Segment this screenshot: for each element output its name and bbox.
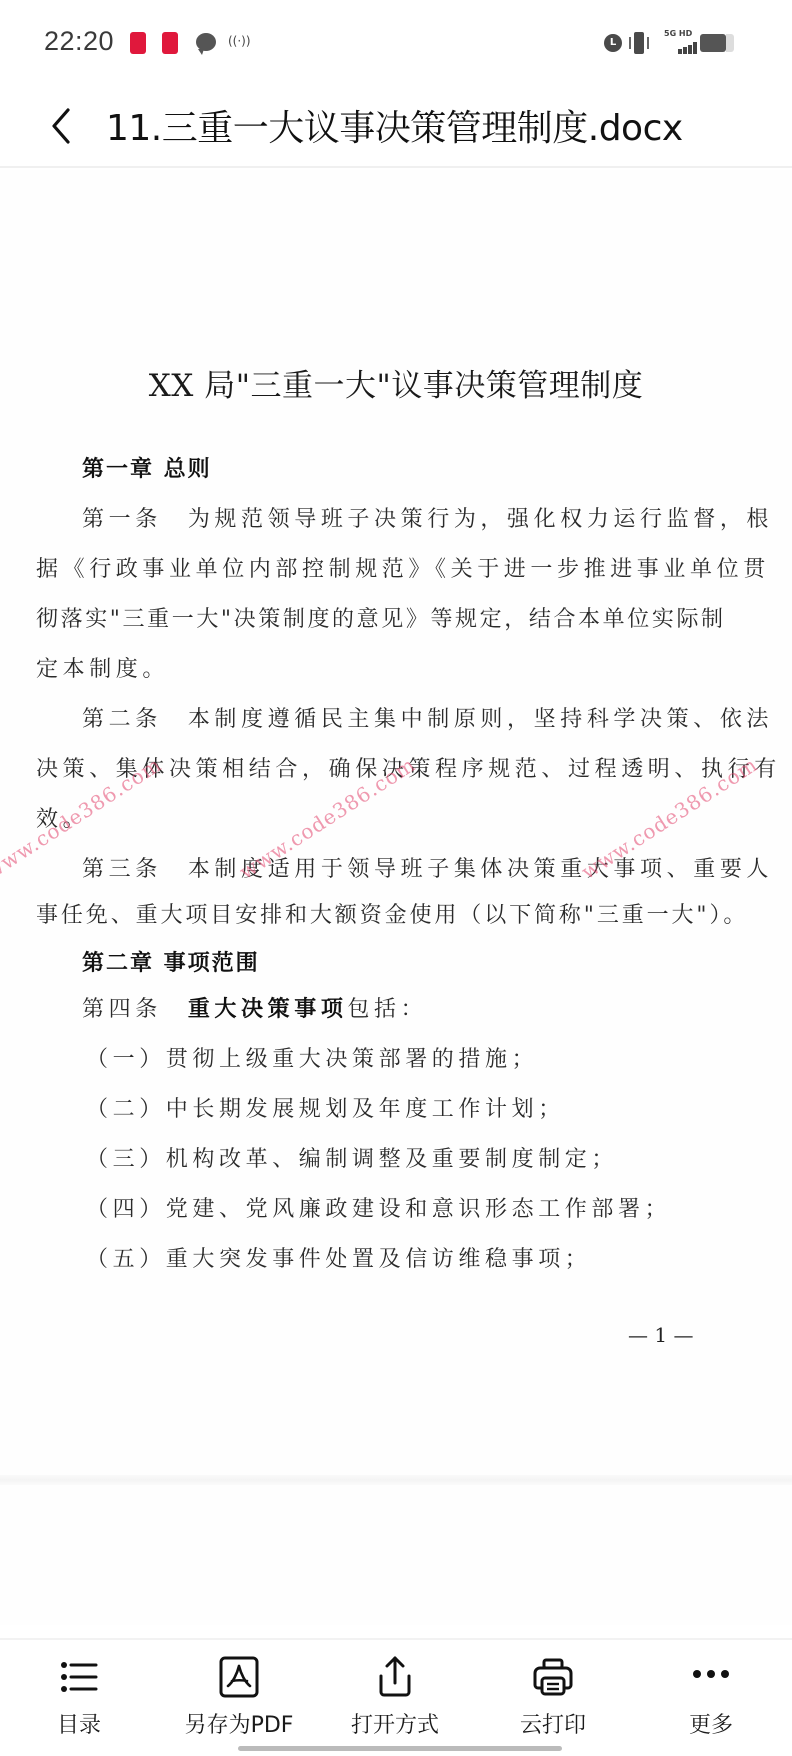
document-heading: XX 局"三重一大"议事决策管理制度 xyxy=(0,360,792,405)
chat-bubble-icon xyxy=(196,33,216,51)
article-line: 决策、集体决策相结合，确保决策程序规范、过程透明、执行有 xyxy=(36,752,781,783)
app-notification-icon xyxy=(130,32,146,54)
home-indicator[interactable] xyxy=(238,1746,562,1751)
status-bar: 22:20 ((·)) L 5G HD xyxy=(0,0,792,90)
article-line: 第一条为规范领导班子决策行为，强化权力运行监督，根 xyxy=(82,502,773,533)
article-line: 第二条本制度遵循民主集中制原则，坚持科学决策、依法 xyxy=(82,702,773,733)
article-label: 第三条 xyxy=(82,857,162,882)
document-viewer[interactable]: XX 局"三重一大"议事决策管理制度 第一章 总则 第一条为规范领导班子决策行为… xyxy=(0,170,792,1625)
app-notification-icon xyxy=(162,32,178,54)
list-item: （二）中长期发展规划及年度工作计划； xyxy=(86,1092,565,1123)
back-button[interactable] xyxy=(44,104,80,148)
list-item: （一）贯彻上级重大决策部署的措施； xyxy=(86,1042,538,1073)
battery-icon xyxy=(700,34,726,52)
page-number: — 1 — xyxy=(628,1323,693,1347)
list-item: （三）机构改革、编制调整及重要制度制定； xyxy=(86,1142,618,1173)
status-time: 22:20 xyxy=(44,26,114,57)
article-label: 第四条 xyxy=(82,997,162,1022)
more-button[interactable]: 更多 xyxy=(636,1640,786,1756)
toolbar-label: 云打印 xyxy=(478,1708,628,1739)
network-type: 5G HD xyxy=(664,29,692,38)
toc-button[interactable]: 目录 xyxy=(4,1640,154,1756)
article-label: 第一条 xyxy=(82,507,162,532)
article-line: 事任免、重大项目安排和大额资金使用（以下简称"三重一大"）。 xyxy=(36,898,748,929)
page-separator xyxy=(0,1475,792,1485)
article-line: 第三条本制度适用于领导班子集体决策重大事项、重要人 xyxy=(82,852,773,883)
article-line: 定本制度。 xyxy=(36,652,169,683)
chevron-left-icon xyxy=(44,104,80,148)
signal-icon xyxy=(672,42,698,54)
share-icon xyxy=(372,1654,418,1700)
alarm-icon: L xyxy=(604,34,622,52)
chapter-title: 第一章 总则 xyxy=(82,452,212,483)
article-line: 彻落实"三重一大"决策制度的意见》等规定，结合本单位实际制 xyxy=(36,602,726,633)
open-with-button[interactable]: 打开方式 xyxy=(320,1640,470,1756)
app-header: 11.三重一大议事决策管理制度.docx xyxy=(0,90,792,168)
hotspot-icon: ((·)) xyxy=(228,34,251,48)
toolbar-label: 更多 xyxy=(636,1708,786,1739)
cloud-print-button[interactable]: 云打印 xyxy=(478,1640,628,1756)
list-item: （五）重大突发事件处置及信访维稳事项； xyxy=(86,1242,591,1273)
toolbar-label: 打开方式 xyxy=(320,1708,470,1739)
more-icon xyxy=(688,1654,734,1700)
chapter-title: 第二章 事项范围 xyxy=(82,946,260,977)
article-line: 第四条重大决策事项包括： xyxy=(82,992,427,1023)
article-line: 据《行政事业单位内部控制规范》《关于进一步推进事业单位贯 xyxy=(36,552,770,583)
list-icon xyxy=(56,1654,102,1700)
printer-icon xyxy=(530,1654,576,1700)
save-as-pdf-button[interactable]: 另存为PDF xyxy=(164,1640,314,1756)
list-item: （四）党建、党风廉政建设和意识形态工作部署； xyxy=(86,1192,671,1223)
bold-term: 重大决策事项 xyxy=(188,996,348,1022)
vibrate-icon xyxy=(634,32,644,54)
document-title: 11.三重一大议事决策管理制度.docx xyxy=(106,100,683,151)
article-line: 效。 xyxy=(36,802,89,833)
bottom-toolbar: 目录 另存为PDF 打开方式 云打印 更多 xyxy=(0,1638,792,1756)
toolbar-label: 目录 xyxy=(4,1708,154,1739)
toolbar-label: 另存为PDF xyxy=(164,1708,314,1739)
pdf-icon xyxy=(216,1654,262,1700)
article-label: 第二条 xyxy=(82,707,162,732)
document-page: XX 局"三重一大"议事决策管理制度 第一章 总则 第一条为规范领导班子决策行为… xyxy=(0,170,792,1475)
